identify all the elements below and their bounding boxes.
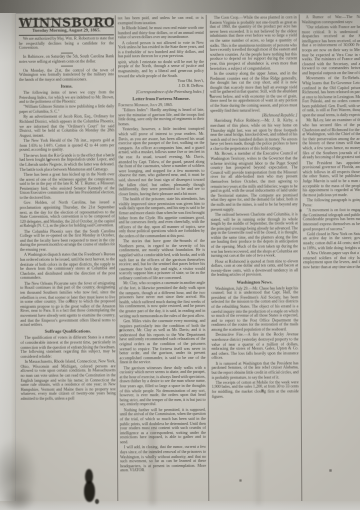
- article-paragraph: The qualification of voters in different…: [20, 336, 115, 359]
- news-paragraph: The receipts of cotton at Mobile for the…: [212, 380, 299, 399]
- item-paragraph: A Washington dispatch states that the Fr…: [20, 253, 115, 281]
- item-paragraph: The New York Herald of the 7th inst., re…: [19, 139, 114, 153]
- fold-streak: [256, 450, 261, 505]
- item-paragraph: The news from the Rio Grande is to the e…: [19, 153, 114, 172]
- news-paragraph: Washington, July 29.—Mr. Chase has latel…: [211, 286, 298, 332]
- ink-blot-stain: [95, 499, 99, 504]
- letter-paragraph: The health of the prisoner, state his at…: [119, 197, 205, 239]
- letter-paragraph: Yesterday, however, a little incident tr…: [118, 127, 204, 196]
- notice-paragraph: On Monday, the 21st, the control of the …: [19, 68, 114, 82]
- article-paragraph: Gold closed in New York on Saturday at 1…: [303, 232, 360, 251]
- news-paragraph: It is rumored at Washington that the Pre…: [212, 361, 299, 380]
- section-header-washington: Washington News.: [211, 280, 298, 285]
- masthead-title: WINNSBORO.: [19, 20, 114, 25]
- continuation-paragraph: A colored person is not allowed to vote …: [118, 40, 204, 59]
- notice-paragraph: In Baltimore, on Saturday the 5th, South…: [19, 54, 114, 64]
- column-2: tax has been paid, and unless he can rea…: [118, 16, 207, 502]
- article-paragraph: Flour at Richmond is quoted at from nine…: [211, 259, 298, 278]
- article-paragraph: Mr. P. Loy, late an examiner of the Rich…: [302, 118, 360, 160]
- item-paragraph: The Columbia Phoenix says that the South…: [20, 229, 115, 252]
- notice-paragraph: We are authorized by Maj. Wm. R. Roberts…: [19, 37, 114, 51]
- fold-streak: [149, 425, 156, 505]
- article-paragraph: The President has appointed Wm. Marvin p…: [303, 160, 360, 197]
- article-paragraph: "A movement is on foot to engage men to …: [303, 208, 360, 231]
- printed-page: WINNSBORO. Tuesday Morning, August 29, 1…: [0, 0, 360, 510]
- paper-specks: [0, 0, 1, 1]
- item-paragraph: By an advertisement of Jacob Rion, Esq.,…: [19, 115, 114, 138]
- newspaper-scan: WINNSBORO. Tuesday Morning, August 29, 1…: [0, 0, 360, 510]
- continuation-paragraph: In Rhode Island, he must own real estate…: [118, 26, 204, 40]
- letter-paragraph: Mr. Clay, who occupies a casemate in ano…: [119, 281, 205, 318]
- item-paragraph: Gov. Holden, of North Carolina, has issu…: [20, 201, 115, 229]
- column-1: WINNSBORO. Tuesday Morning, August 29, 1…: [19, 16, 117, 502]
- letter-paragraph: "Editors Index": Hardly anything is hear…: [118, 108, 204, 127]
- article-paragraph: Harrisburg Police Robbery.—Mr. J. B. Kir…: [210, 119, 297, 152]
- masthead-dateline: Tuesday Morning, August 29, 1865.: [19, 28, 114, 33]
- letter-paragraph: The stories that have gone the rounds of…: [119, 239, 205, 281]
- item-paragraph: There has been a great fuss kicked up in…: [20, 172, 115, 200]
- ink-blot-stain: [84, 481, 95, 502]
- article-paragraph: A Rumor of War.—The New York World Washi…: [302, 15, 360, 25]
- source-attribution: [Correspondence of the Petersburg Index.…: [118, 90, 204, 95]
- article-paragraph: A New Orleans paper says that a large nu…: [303, 251, 360, 270]
- letter-paragraph: The garrison witnesses these daily walks…: [120, 366, 206, 408]
- column-4: A Rumor of War.—The New York World Washi…: [302, 15, 360, 501]
- continuation-paragraph: spirit, which I entertain no doubt will …: [118, 60, 204, 79]
- divider-rule: [61, 65, 73, 66]
- column-3: The Corn Crop.—While the area planted in…: [210, 15, 300, 501]
- letter-paragraph: Gen. Miles visits the casemate every mor…: [119, 319, 205, 365]
- article-paragraph: The Corn Crop.—While the area planted in…: [210, 15, 297, 71]
- item-paragraph: The following items of news we copy from…: [19, 90, 114, 104]
- article-paragraph: In Massachusetts, Rhode Island, Connecti…: [21, 359, 116, 401]
- article-paragraph: The railroad between Charlotte and Colum…: [211, 212, 298, 258]
- article-paragraph: Mr. Brown, a member of the Executive Cou…: [210, 152, 297, 212]
- article-paragraph: In the country along the upper James, an…: [210, 71, 297, 113]
- scan-left-margin: [0, 13, 16, 510]
- scan-top-edge: [0, 0, 360, 14]
- section-header-letter: Letter from Fortress Monroe.: [118, 97, 204, 102]
- article-paragraph: Movements of the Ex-Rebels.—The Richmond…: [302, 76, 360, 118]
- scan-bottom-margin: [0, 501, 360, 510]
- letter-paragraph: Nothing further will be permitted, it is…: [120, 408, 206, 445]
- news-paragraph: Destructive Fire.—A fire in the Rocky Av…: [211, 333, 298, 361]
- item-paragraph: The New Orleans Picayune says the fever …: [20, 281, 115, 327]
- article-paragraph: "Our relations with France are becoming …: [302, 25, 360, 76]
- letter-paragraph: I will add, in closing, that the rumor, …: [120, 445, 206, 473]
- corner-smudge: [2, 486, 36, 510]
- column-rule-2: [206, 15, 210, 502]
